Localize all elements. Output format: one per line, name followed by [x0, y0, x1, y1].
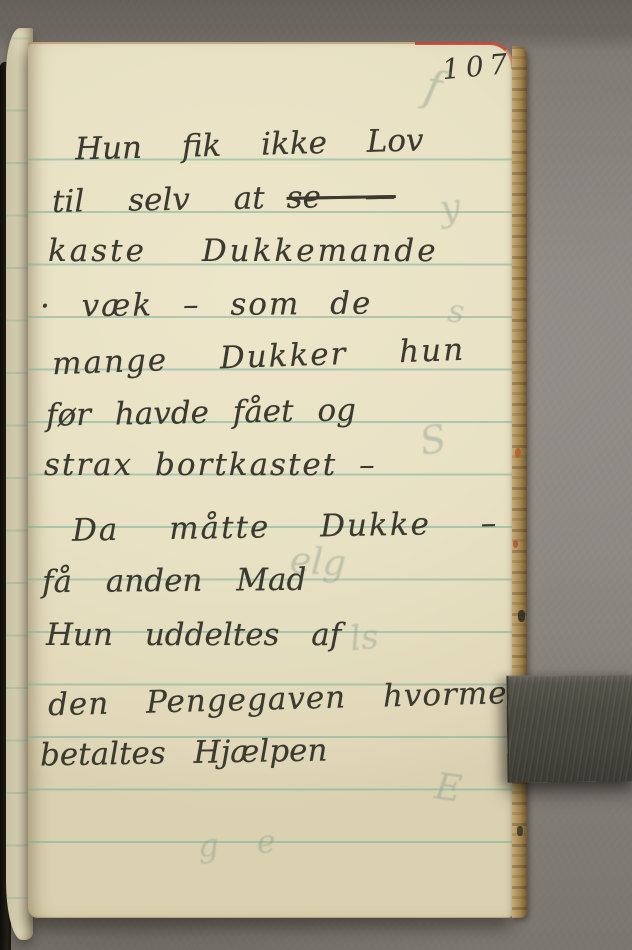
line-text: få anden Mad [42, 562, 307, 600]
handwritten-line-4: · væk – som de [40, 287, 373, 324]
rust-speck [513, 540, 518, 548]
line-text: betaltes Hjælpen [40, 732, 328, 773]
line-text: Hun fik ikke Lov [75, 122, 424, 167]
handwritten-line-9: få anden Mad [42, 563, 307, 599]
line-text: før havde fået og [46, 392, 357, 433]
handwritten-line-12: betaltes Hjælpen [40, 733, 328, 772]
line-text: Hun uddeltes af [46, 617, 341, 653]
struck-word: se — [286, 178, 396, 216]
line-text: Da måtte Dukke – [72, 505, 499, 548]
line-text: kaste Dukkemande [48, 233, 439, 269]
line-text: strax bortkastet – [44, 447, 377, 483]
page-number: 107 [441, 47, 515, 86]
handwritten-line-10: Hun uddeltes af [46, 618, 341, 652]
ink-bleed-mark: ls [348, 617, 380, 660]
ink-bleed-mark: s [446, 291, 466, 331]
handwritten-line-1: Hun fik ikke Lov [75, 123, 424, 166]
notebook-page: 107 f y s S elg ls E g e Hun fik ikke Lo… [28, 42, 514, 918]
ink-bleed-mark: g e [197, 821, 291, 865]
handwritten-line-5: mange Dukker hun [52, 333, 466, 381]
handwritten-line-8: Da måtte Dukke – [72, 506, 499, 547]
paper-tear [518, 610, 525, 622]
handwritten-line-2: til selv atse — [52, 179, 396, 219]
ink-bleed-mark: E [432, 766, 464, 810]
photograph-background: 107 f y s S elg ls E g e Hun fik ikke Lo… [0, 0, 632, 950]
page-edge-stack [512, 46, 527, 918]
line-text: den Pengegaven hvormed [48, 675, 529, 724]
metal-strap [506, 674, 632, 782]
ink-bleed-mark: y [437, 187, 463, 230]
rust-speck [515, 448, 521, 458]
line-text: mange Dukker hun [51, 332, 465, 382]
line-text: til selv at [52, 180, 265, 220]
handwritten-line-7: strax bortkastet – [44, 448, 377, 482]
ink-bleed-mark: S [416, 416, 449, 464]
handwritten-line-11: den Pengegaven hvormed [48, 676, 529, 723]
line-text: · væk – som de [40, 286, 373, 325]
handwritten-line-6: før havde fået og [46, 393, 356, 432]
paper-tear [517, 826, 523, 836]
handwritten-line-3: kaste Dukkemande [48, 234, 439, 268]
